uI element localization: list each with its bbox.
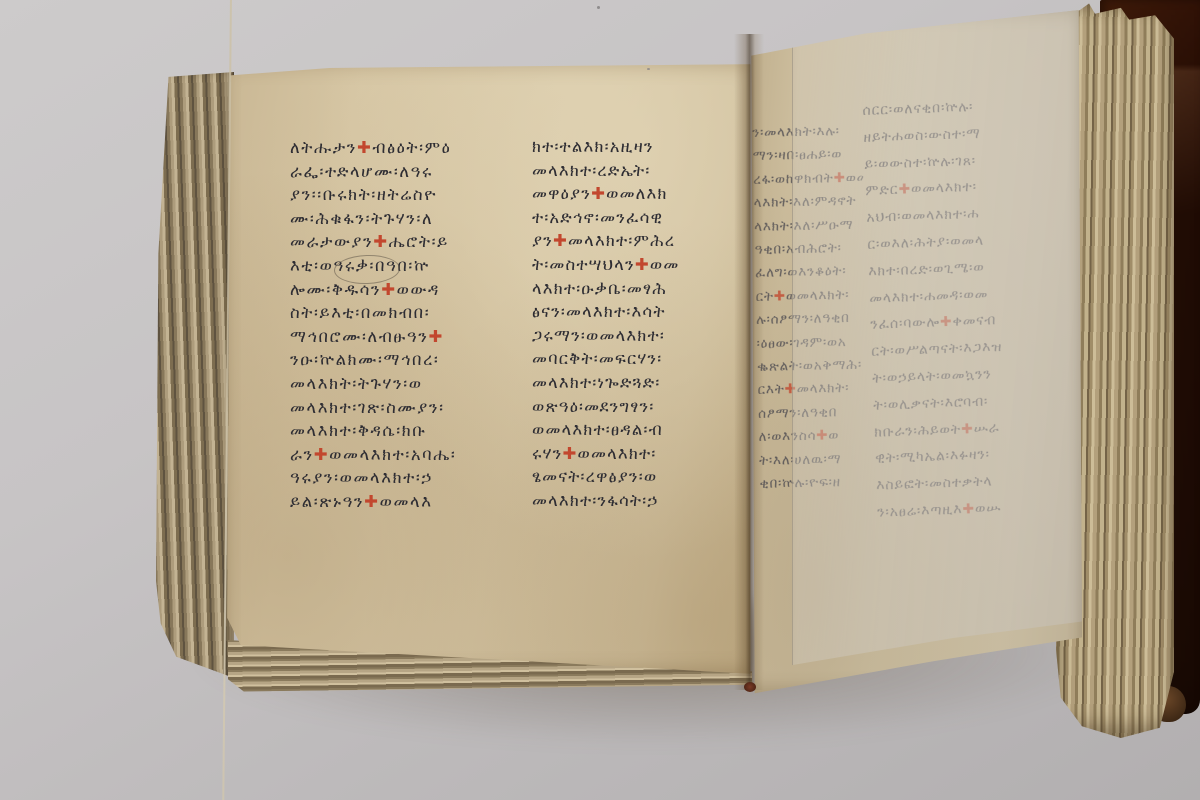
red-cross-mark: ✚	[364, 492, 379, 511]
text-line: ክተ፡ተልእክ፡አዚዛን	[532, 135, 754, 159]
left-page-column-1: ለትሑታን✚ብፅዕት፡ምዕራፌ፡ተድላሆሙ፡ለዓሩያን፡፡ቡሩክት፡ዘትሬስዮሙ…	[290, 136, 534, 514]
text-line: መዋዕያን✚ወመለእክ	[532, 182, 754, 206]
dust-speck	[647, 68, 650, 70]
right-manuscript-page: ን፡መላእክት፡እሉ፡ማን፡ዛበ፡ፀሐይ፡ወረፋ፡ወከዋክብት✚ወመላእክት፡እ…	[748, 6, 1082, 696]
text-line: ራን✚ወመላእክተ፡አባሔ፡	[290, 443, 534, 467]
text-line: ወመላእክተ፡ፀዳል፡ብ	[532, 418, 754, 442]
text-line: መባርቅት፡መፍርሃን፡	[532, 347, 754, 371]
red-cross-mark: ✚	[635, 255, 650, 274]
red-cross-mark: ✚	[373, 232, 388, 251]
dust-speck	[597, 6, 600, 9]
text-line: መላእክተ፡ረድኤት፡	[532, 159, 754, 183]
red-cross-mark: ✚	[381, 280, 396, 299]
text-line: ወጽዓዕ፡መደንግፃን፡	[532, 395, 754, 419]
text-line: ራፌ፡ተድላሆሙ፡ለዓሩ	[290, 160, 534, 184]
text-line: ይል፡ጽኑዓን✚ወመላእ	[290, 490, 534, 514]
gutter-foot-mark	[744, 682, 756, 692]
text-line: ፅናን፡መላእክተ፡እሳት	[532, 300, 754, 324]
red-cross-mark: ✚	[357, 138, 372, 157]
red-cross-mark: ✚	[314, 445, 329, 464]
text-line: ያን✚መላእክተ፡ምሕረ	[532, 229, 754, 253]
text-line: ለትሑታን✚ብፅዕት፡ምዕ	[290, 136, 534, 160]
left-page-stack-edges	[156, 72, 234, 678]
text-line: ስት፡ይእቲ፡በመክብበ፡	[290, 301, 534, 325]
text-line: ንዑ፡ኵልክሙ፡ማኅበረ፡	[290, 348, 534, 372]
text-line: ላእክተ፡ዑቃቤ፡መፃሕ	[532, 277, 754, 301]
text-line: መላእክት፡ትጉሃን፡ወ	[290, 372, 534, 396]
left-manuscript-page: ለትሑታን✚ብፅዕት፡ምዕራፌ፡ተድላሆሙ፡ለዓሩያን፡፡ቡሩክት፡ዘትሬስዮሙ…	[224, 58, 752, 680]
text-line: መላእክተ፡ቅዳሴ፡ክቡ	[290, 419, 534, 443]
red-cross-mark: ✚	[774, 288, 786, 304]
text-line: ሎሙ፡ቅዱሳን✚ወውዳ	[290, 278, 534, 302]
text-line: መራታውያን✚ሔሮት፡ይ	[290, 230, 534, 254]
book-gutter-shadow	[734, 34, 764, 690]
red-cross-mark: ✚	[428, 327, 443, 346]
red-cross-mark: ✚	[553, 231, 568, 250]
text-line: ሩሃን✚ወመላእክተ፡	[532, 442, 754, 466]
red-cross-mark: ✚	[563, 444, 578, 463]
left-page-column-2: ክተ፡ተልእክ፡አዚዛንመላእክተ፡ረድኤት፡መዋዕያን✚ወመለእክተ፡አድኅኖ…	[532, 135, 754, 513]
text-line: ጋሩማን፡ወመላእክተ፡	[532, 324, 754, 348]
text-line: መላእክተ፡ንፋሳት፡ኃ	[532, 489, 754, 513]
text-line: ሙ፡ሕቁፋን፡ትጉሃን፡ለ	[290, 207, 534, 231]
text-line: ተ፡አድኅኖ፡መንፈሳዊ	[532, 206, 754, 230]
text-line: መላእክተ፡ገጽ፡ስሙያን፡	[290, 396, 534, 420]
text-line: ዓሩያን፡ወመላእክተ፡ኃ	[290, 466, 534, 490]
red-cross-mark: ✚	[591, 184, 606, 203]
photo-canvas: { "scene": { "type": "photograph of an o…	[0, 0, 1200, 800]
text-line: መላእክተ፡ነጐድጓድ፡	[532, 371, 754, 395]
text-line: ማኅበሮሙ፡ለብፁዓን✚	[290, 325, 534, 349]
text-line: ፄመናት፡ረዋፅያን፡ወ	[532, 465, 754, 489]
translucent-tissue-guard	[792, 6, 1085, 682]
text-line: ት፡መስተሣህላን✚ወመ	[532, 253, 754, 277]
text-line: ያን፡፡ቡሩክት፡ዘትሬስዮ	[290, 183, 534, 207]
text-line: እቲ፡ወዓሩቃ፡በዓበ፡ኵ	[290, 254, 534, 278]
